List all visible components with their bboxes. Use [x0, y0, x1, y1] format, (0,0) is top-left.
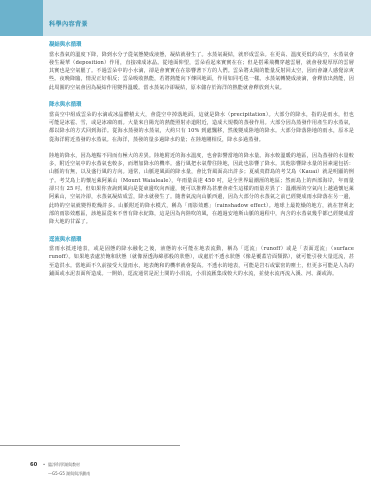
- bullet-separator: •: [40, 462, 48, 467]
- page-title: 科學內容背景: [49, 19, 88, 28]
- page-footer: 60•臨淨科學湖與教材 —G5-G5 湖與與淨劃南: [30, 451, 90, 477]
- article-body: 凝結與水循環 當水蒸氣的溫度下降，降到水分子從氣態變成液態，凝結就發生了。水蒸氣…: [49, 42, 354, 288]
- section-condensation: 凝結與水循環 當水蒸氣的溫度下降，降到水分子從氣態變成液態，凝結就發生了。水蒸氣…: [49, 42, 354, 92]
- section-heading: 降水與水循環: [49, 102, 354, 109]
- footer-book-title: 臨淨科學湖與教材: [48, 462, 80, 468]
- paragraph: 陸地的降水，因為地點不同而有極大的差異。陸地附近的海水溫度，也會影響當地的降水量…: [49, 152, 354, 227]
- paragraph: 當高空中組成雲朵的水滴或冰晶體積太大，會從空中掉落地面，這就是降水（precip…: [49, 111, 354, 144]
- paragraph: 當雨水抵達地表，或是固態的降水融化之後，液態的水可能在地表流動，稱為「逕流」（r…: [49, 245, 354, 278]
- footer-book-subtitle: —G5-G5 湖與與淨劃南: [48, 471, 90, 477]
- section-heading: 凝結與水循環: [49, 42, 354, 49]
- paragraph: 當水蒸氣的溫度下降，降到水分子從氣態變成液態，凝結就發生了。水蒸氣凝結，就形成雲…: [49, 51, 354, 92]
- section-precipitation: 降水與水循環 當高空中組成雲朵的水滴或冰晶體積太大，會從空中掉落地面，這就是降水…: [49, 102, 354, 226]
- section-header-band: 科學內容背景: [0, 0, 371, 36]
- section-heading: 逕流與水循環: [49, 237, 354, 244]
- page-number: 60: [30, 462, 40, 468]
- header-color-tab: [0, 0, 43, 36]
- footer-divider: [0, 445, 180, 446]
- section-runoff: 逕流與水循環 當雨水抵達地表，或是固態的降水融化之後，液態的水可能在地表流動，稱…: [49, 237, 354, 279]
